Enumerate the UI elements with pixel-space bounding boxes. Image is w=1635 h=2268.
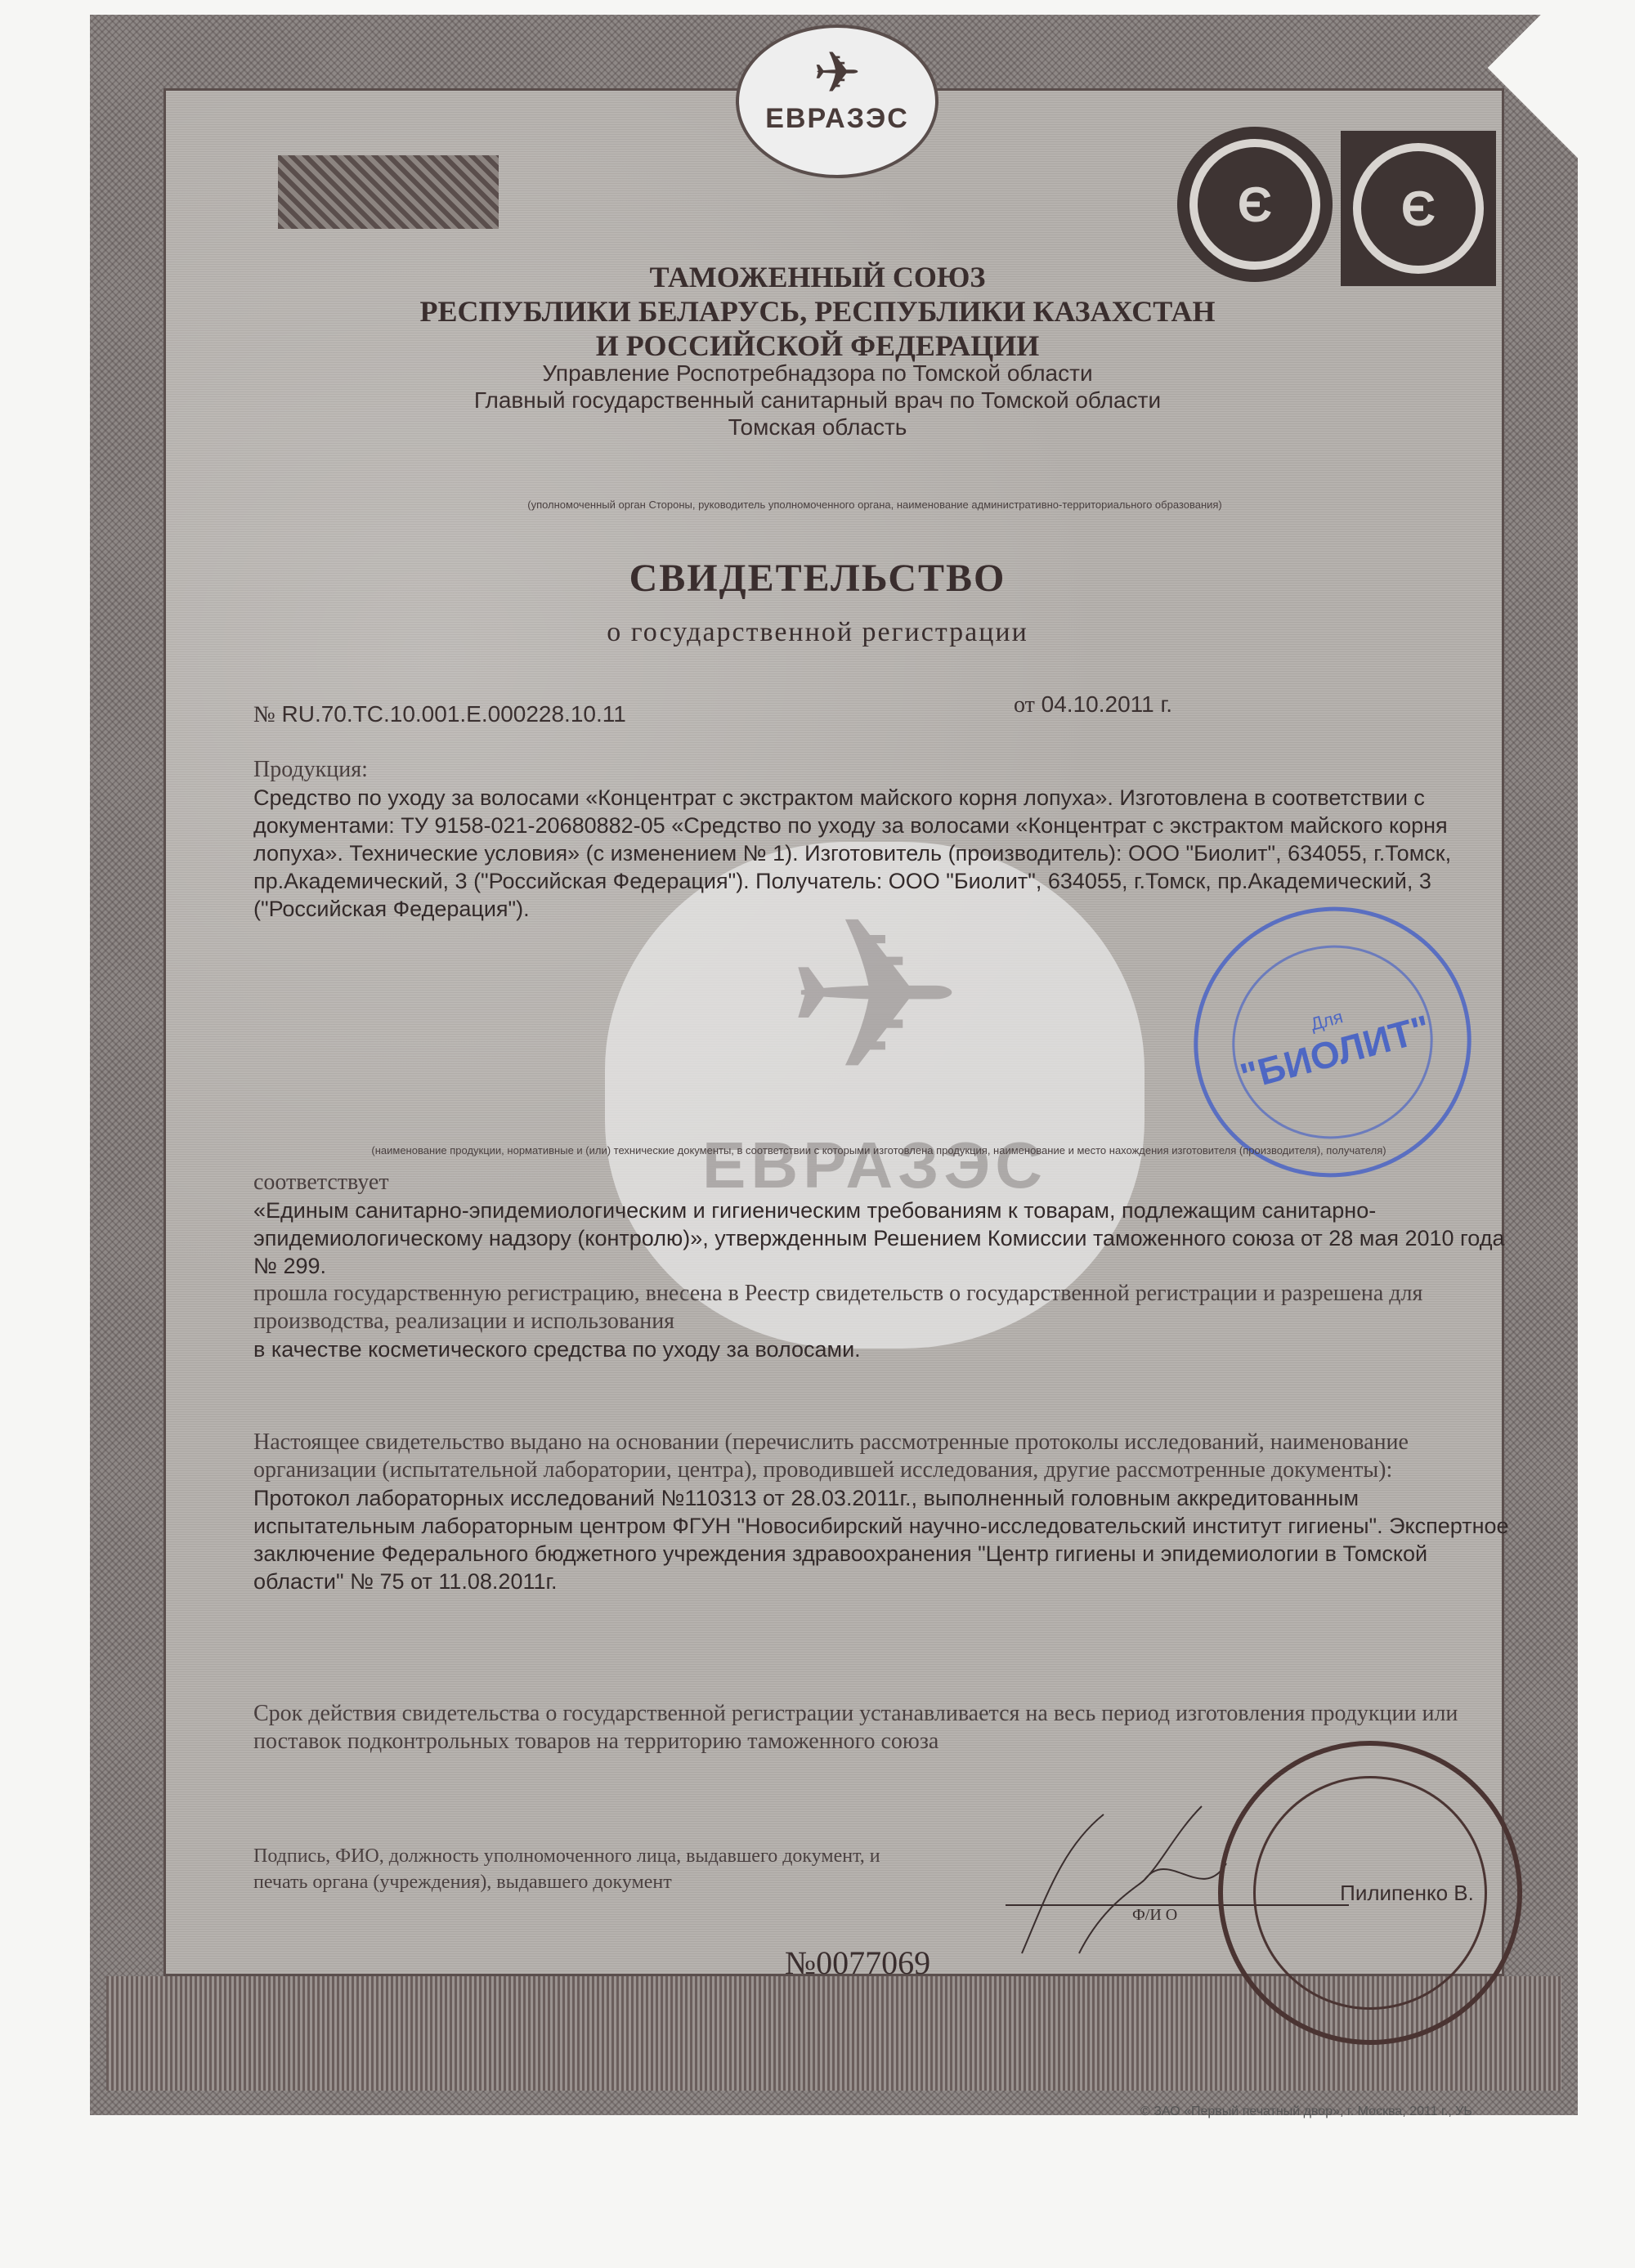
- authority-caption: (уполномоченный орган Стороны, руководит…: [343, 499, 1406, 511]
- product-label: Продукция:: [253, 756, 1512, 784]
- registration-date: от 04.10.2011 г.: [1014, 691, 1172, 718]
- authority-header: Управление Роспотребнадзора по Томской о…: [245, 360, 1390, 441]
- number-value: RU.70.TC.10.001.E.000228.10.11: [282, 701, 626, 727]
- basis-label: Настоящее свидетельство выдано на основа…: [253, 1429, 1512, 1484]
- evrazes-logo: ✈ ЕВРАЗЭС: [736, 25, 938, 178]
- compliance-label: соответствует: [253, 1169, 1512, 1197]
- number-prefix: №: [253, 702, 275, 727]
- sanitary-emblem-round-icon: Є: [1177, 127, 1333, 282]
- logo-text: ЕВРАЗЭС: [739, 103, 935, 135]
- basis-section: Настоящее свидетельство выдано на основа…: [253, 1429, 1512, 1595]
- registered-text: прошла государственную регистрацию, внес…: [253, 1280, 1512, 1335]
- registration-number: № RU.70.TC.10.001.E.000228.10.11: [253, 701, 626, 728]
- date-prefix: от: [1014, 692, 1035, 718]
- usage-text: в качестве косметического средства по ух…: [253, 1335, 1512, 1363]
- compliance-text: «Единым санитарно-эпидемиологическим и г…: [253, 1197, 1512, 1280]
- date-value: 04.10.2011 г.: [1041, 691, 1172, 717]
- form-serial-number: №0077069: [785, 1944, 930, 1982]
- authority-line: Томская область: [245, 414, 1390, 441]
- authority-line: Главный государственный санитарный врач …: [245, 387, 1390, 414]
- union-line: И РОССИЙСКОЙ ФЕДЕРАЦИИ: [245, 329, 1390, 363]
- product-caption: (наименование продукции, нормативные и (…: [253, 1144, 1504, 1156]
- product-section: Продукция: Средство по уходу за волосами…: [253, 756, 1512, 923]
- product-text: Средство по уходу за волосами «Концентра…: [253, 784, 1512, 923]
- union-line: ТАМОЖЕННЫЙ СОЮЗ: [245, 260, 1390, 294]
- document-subtitle: о государственной регистрации: [245, 617, 1390, 648]
- signature-line-caption: Ф/И О: [1132, 1906, 1177, 1925]
- document-title: СВИДЕТЕЛЬСТВО: [245, 556, 1390, 601]
- hologram-sticker: [278, 155, 499, 229]
- basis-text: Протокол лабораторных исследований №1103…: [253, 1484, 1512, 1595]
- union-header: ТАМОЖЕННЫЙ СОЮЗ РЕСПУБЛИКИ БЕЛАРУСЬ, РЕС…: [245, 260, 1390, 363]
- union-line: РЕСПУБЛИКИ БЕЛАРУСЬ, РЕСПУБЛИКИ КАЗАХСТА…: [245, 294, 1390, 329]
- signature-label: Подпись, ФИО, должность уполномоченного …: [253, 1843, 932, 1895]
- authority-line: Управление Роспотребнадзора по Томской о…: [245, 360, 1390, 387]
- signer-name: Пилипенко В.: [1340, 1881, 1474, 1906]
- printer-imprint: © ЗАО «Первый печатный двор», г. Москва,…: [1140, 2105, 1472, 2119]
- authority-seal: Пилипенко В.: [1218, 1741, 1522, 2045]
- compliance-section: соответствует «Единым санитарно-эпидемио…: [253, 1169, 1512, 1363]
